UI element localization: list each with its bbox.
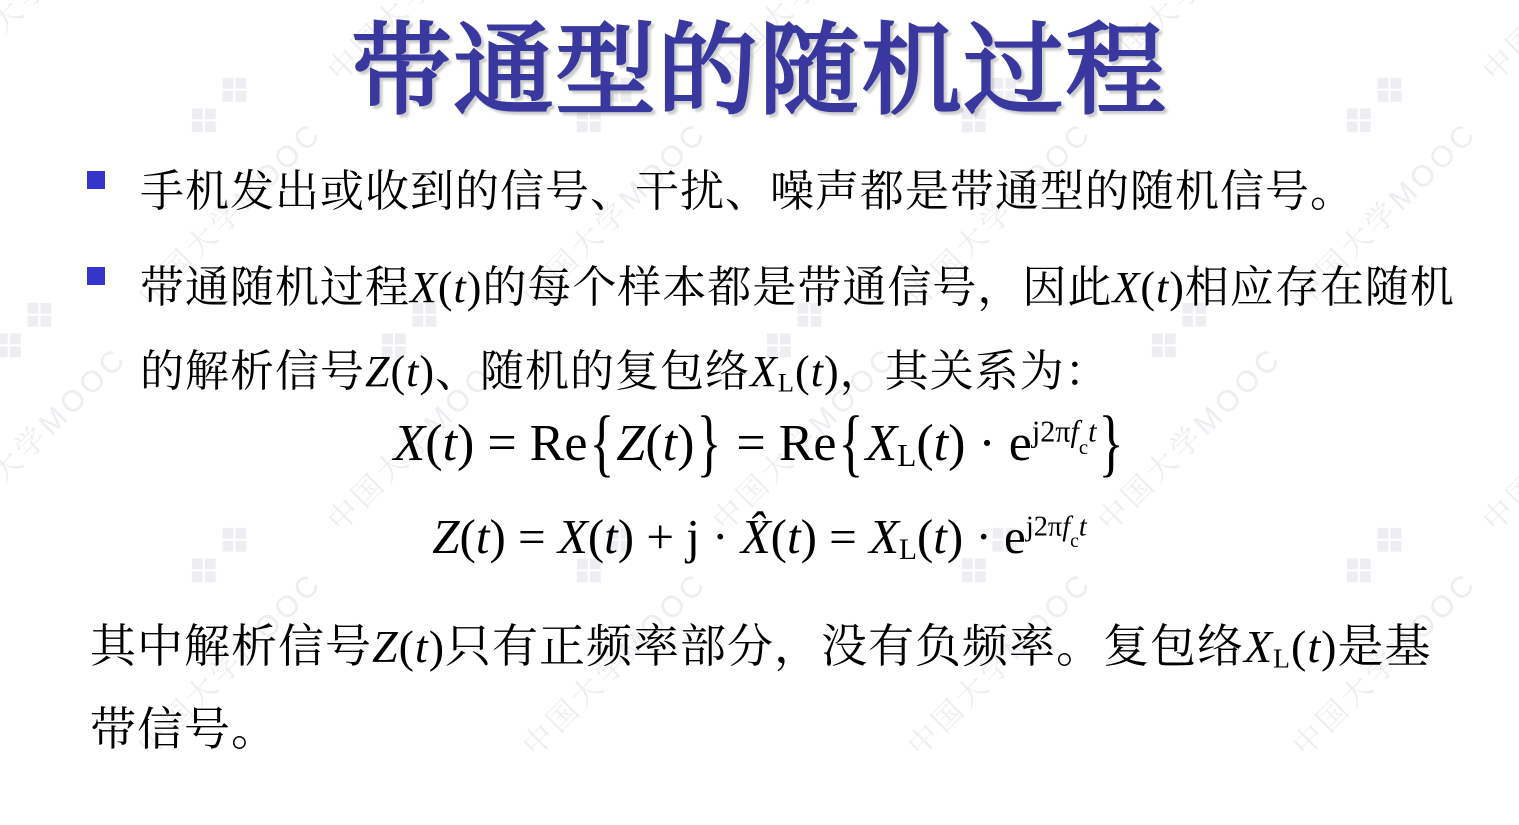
formula-analytic-real-part: X(t) = Re{Z(t)} = Re{XL(t) · ej2πfct}	[0, 414, 1519, 474]
text-segment: X	[750, 347, 778, 396]
text-segment: (	[645, 415, 662, 472]
text-segment: 的每个样本都是带通信号，因此	[482, 263, 1112, 312]
text-segment: 手机发出或收到的信号、干扰、噪声都是带通型的随机信号。	[140, 167, 1355, 216]
text-segment: Z	[365, 347, 390, 396]
closing-paragraph: 其中解析信号Z(t)只有正频率部分，没有负频率。复包络XL(t)是基带信号。	[90, 606, 1465, 772]
text-segment: X	[1244, 621, 1273, 672]
text-segment: (	[399, 621, 415, 672]
text-segment: (	[917, 509, 933, 564]
text-segment: )	[429, 621, 445, 672]
text-segment: j2π	[1032, 414, 1071, 448]
text-segment: (	[795, 347, 811, 396]
slide-title: 带通型的随机过程	[0, 0, 1519, 134]
text-segment: t	[443, 415, 457, 472]
text-segment: {	[837, 401, 866, 487]
text-segment: j2π	[1026, 511, 1062, 542]
text-segment: X	[869, 509, 899, 564]
text-segment: · e	[963, 509, 1026, 564]
text-segment: t	[604, 509, 618, 564]
text-segment: L	[897, 438, 916, 473]
text-segment: t	[933, 509, 947, 564]
text-segment: }	[1097, 401, 1126, 487]
text-segment: + j ·	[634, 509, 741, 564]
text-segment: )	[1169, 263, 1185, 312]
mooc-lattice-icon: ❖❖	[1516, 280, 1519, 379]
text-segment: = Re	[474, 415, 587, 472]
text-segment: )	[948, 415, 965, 472]
text-segment: =	[817, 509, 869, 564]
text-segment: )	[824, 347, 840, 396]
text-segment: (	[916, 415, 933, 472]
bullet-square-icon	[87, 171, 105, 189]
text-segment: )	[467, 263, 483, 312]
text-segment: Z	[616, 415, 645, 472]
text-segment: t	[415, 621, 429, 672]
text-segment: L	[1273, 643, 1291, 674]
text-segment: t	[406, 347, 419, 396]
text-segment: )	[489, 509, 505, 564]
text-segment: 其中解析信号	[90, 621, 372, 672]
text-segment: X	[558, 509, 588, 564]
text-segment: X	[865, 415, 897, 472]
text-segment: · e	[965, 415, 1031, 472]
text-segment: ，其关系为：	[840, 347, 1110, 396]
text-segment: t	[1307, 621, 1321, 672]
bullet-item-2: 带通随机过程X(t)的每个样本都是带通信号，因此X(t)相应存在随机的解析信号Z…	[87, 246, 1479, 413]
text-segment: t	[787, 509, 801, 564]
text-segment: L	[778, 367, 795, 397]
text-segment: (	[1291, 621, 1307, 672]
bullet-text-1: 手机发出或收到的信号、干扰、噪声都是带通型的随机信号。	[140, 150, 1355, 234]
text-segment: 带通随机过程	[140, 263, 410, 312]
text-segment: )	[677, 415, 694, 472]
text-segment: (	[771, 509, 787, 564]
formula-analytic-signal: Z(t) = X(t) + j · X̂(t) = XL(t) · ej2πfc…	[0, 508, 1519, 567]
bullet-square-icon	[87, 267, 105, 285]
text-segment: (	[588, 509, 604, 564]
text-segment: t	[811, 347, 824, 396]
text-segment: )	[801, 509, 817, 564]
text-segment: 、随机的复包络	[435, 347, 750, 396]
slide: 中国大学MOOC❖❖中国大学MOOC❖❖中国大学MOOC❖❖中国大学MOOC❖❖…	[0, 0, 1519, 825]
text-segment: X	[393, 415, 425, 472]
text-segment: t	[1088, 414, 1096, 448]
text-segment: (	[425, 415, 442, 472]
text-segment: t	[934, 415, 948, 472]
text-segment: )	[947, 509, 963, 564]
text-segment: c	[1070, 531, 1079, 552]
text-segment: = Re	[723, 415, 836, 472]
mooc-lattice-icon: ❖❖	[0, 280, 75, 379]
text-segment: X	[410, 263, 438, 312]
text-segment: )	[419, 347, 435, 396]
text-segment: t	[663, 415, 677, 472]
bullet-item-1: 手机发出或收到的信号、干扰、噪声都是带通型的随机信号。	[87, 150, 1479, 234]
text-segment: t	[1156, 263, 1169, 312]
text-segment: X̂	[741, 509, 771, 564]
text-segment: c	[1079, 436, 1088, 459]
text-segment: )	[618, 509, 634, 564]
text-segment: f	[1071, 414, 1079, 448]
text-segment: L	[899, 534, 917, 566]
text-segment: }	[694, 401, 723, 487]
text-segment: (	[438, 263, 454, 312]
text-segment: {	[587, 401, 616, 487]
text-segment: =	[506, 509, 558, 564]
text-segment: t	[454, 263, 467, 312]
text-segment: X	[1112, 263, 1140, 312]
text-segment: )	[457, 415, 474, 472]
text-segment: (	[390, 347, 406, 396]
text-segment: f	[1062, 511, 1070, 542]
text-segment: (	[1140, 263, 1156, 312]
text-segment: t	[476, 509, 490, 564]
bullet-text-2: 带通随机过程X(t)的每个样本都是带通信号，因此X(t)相应存在随机的解析信号Z…	[140, 246, 1479, 413]
text-segment: t	[1079, 511, 1087, 542]
text-segment: Z	[372, 621, 399, 672]
text-segment: (	[459, 509, 475, 564]
text-segment: 只有正频率部分，没有负频率。复包络	[445, 621, 1244, 672]
text-segment: )	[1321, 621, 1337, 672]
text-segment: Z	[432, 509, 459, 564]
